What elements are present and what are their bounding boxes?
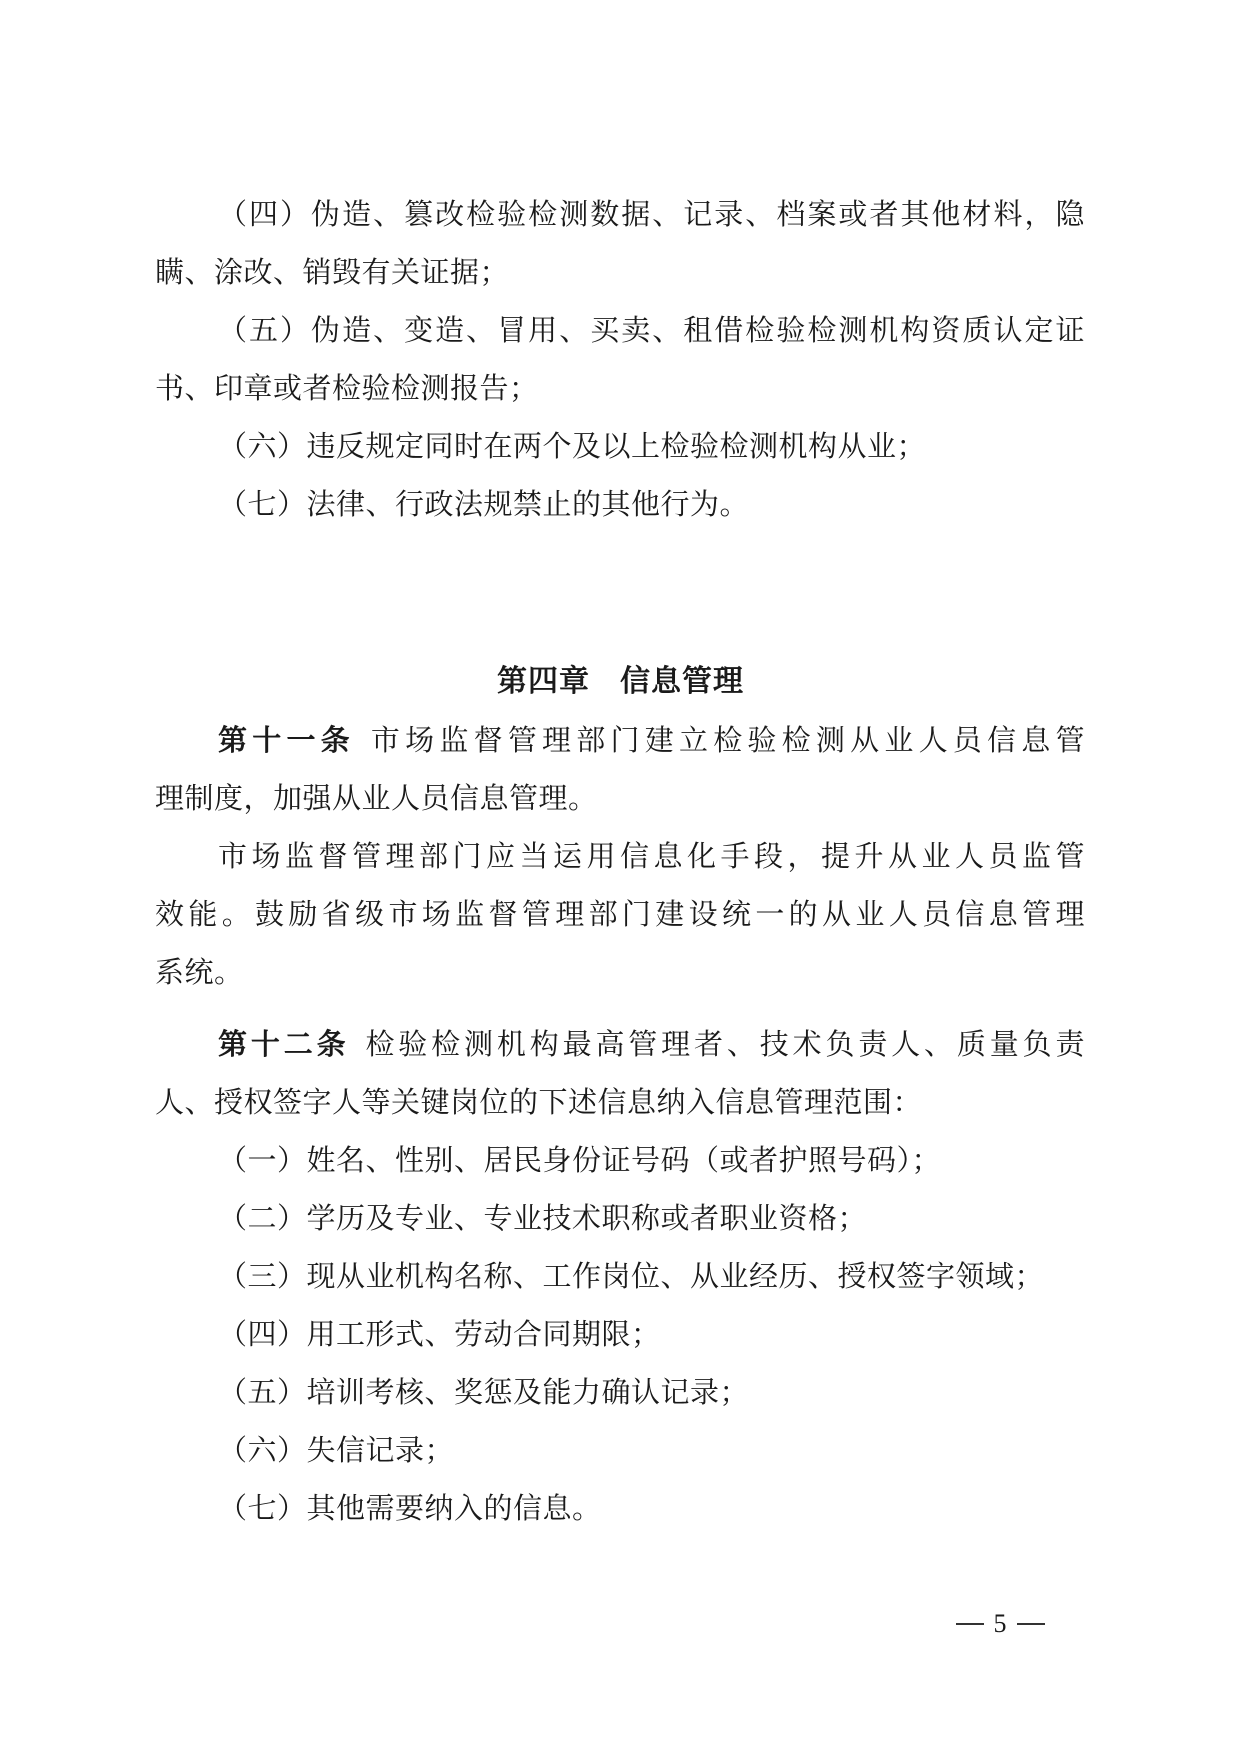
dash-left: [956, 1623, 984, 1625]
article-12-item-5: （五）培训考核、奖惩及能力确认记录；: [218, 1372, 1085, 1412]
item-4-line-1: （四）伪造、篡改检验检测数据、记录、档案或者其他材料，隐: [218, 194, 1085, 234]
article-11-number: 第十一条: [218, 723, 355, 757]
article-12-item-4: （四）用工形式、劳动合同期限；: [218, 1314, 1085, 1354]
article-12-line-1: 第十二条检验检测机构最高管理者、技术负责人、质量负责: [218, 1024, 1085, 1064]
article-11-para2-line-3: 系统。: [155, 952, 1085, 992]
item-5-line-2: 书、印章或者检验检测报告；: [155, 368, 1085, 408]
article-11-para2-line-2: 效能。鼓励省级市场监督管理部门建设统一的从业人员信息管理: [155, 894, 1085, 934]
article-11-text-1: 市场监督管理部门建立检验检测从业人员信息管: [371, 723, 1085, 757]
item-5-line-1: （五）伪造、变造、冒用、买卖、租借检验检测机构资质认定证: [218, 310, 1085, 350]
article-11-para2-line-1: 市场监督管理部门应当运用信息化手段，提升从业人员监管: [218, 836, 1085, 876]
article-12-text-1: 检验检测机构最高管理者、技术负责人、质量负责: [365, 1027, 1085, 1061]
dash-right: [1017, 1623, 1045, 1625]
chapter-number: 第四章: [497, 664, 590, 699]
article-12-line-2: 人、授权签字人等关键岗位的下述信息纳入信息管理范围：: [155, 1082, 1085, 1122]
article-12-item-2: （二）学历及专业、专业技术职称或者职业资格；: [218, 1198, 1085, 1238]
item-7-line-1: （七）法律、行政法规禁止的其他行为。: [218, 484, 1085, 524]
article-12-number: 第十二条: [218, 1027, 349, 1061]
article-12-item-6: （六）失信记录；: [218, 1430, 1085, 1470]
page-number-value: 5: [994, 1606, 1007, 1642]
chapter-title: 信息管理: [620, 664, 744, 699]
page-number: 5: [940, 1606, 1060, 1642]
article-11-line-2: 理制度，加强从业人员信息管理。: [155, 778, 1085, 818]
article-11-line-1: 第十一条市场监督管理部门建立检验检测从业人员信息管: [218, 720, 1085, 760]
article-12-item-1: （一）姓名、性别、居民身份证号码（或者护照号码）；: [218, 1140, 1085, 1180]
chapter-heading: 第四章信息管理: [0, 660, 1241, 704]
article-12-item-3: （三）现从业机构名称、工作岗位、从业经历、授权签字领域；: [218, 1256, 1085, 1296]
document-page: （四）伪造、篡改检验检测数据、记录、档案或者其他材料，隐 瞒、涂改、销毁有关证据…: [0, 0, 1241, 1755]
item-6-line-1: （六）违反规定同时在两个及以上检验检测机构从业；: [218, 426, 1085, 466]
item-4-line-2: 瞒、涂改、销毁有关证据；: [155, 252, 1085, 292]
article-12-item-7: （七）其他需要纳入的信息。: [218, 1488, 1085, 1528]
